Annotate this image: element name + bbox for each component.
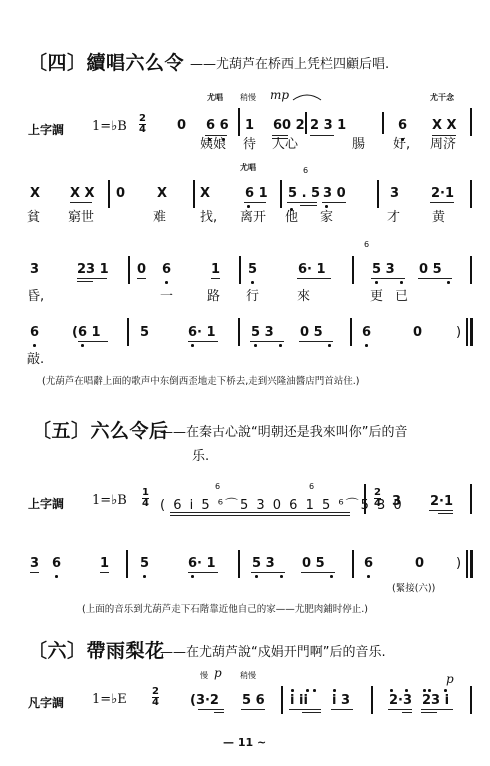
note: 6· 1: [188, 556, 216, 571]
barline: [108, 180, 110, 208]
underline: [438, 513, 453, 514]
section-six-description: ——在尤葫芦說“戍娟开門啊”后的音乐.: [160, 641, 386, 660]
barline: [470, 256, 472, 284]
barline: [238, 550, 240, 578]
underline: [170, 515, 350, 516]
barline: [470, 686, 472, 714]
underline: [251, 572, 285, 573]
note: X X: [70, 186, 95, 201]
underline: [289, 709, 321, 710]
note: 3 0: [323, 186, 346, 201]
lyric: 已: [395, 285, 408, 304]
lyric: 腸: [352, 133, 365, 152]
high-dot: [333, 689, 336, 692]
prelude-notes: ( 6 i 5 ⁶⌒5 3 0 6 1 5 ⁶⌒5 3 0: [160, 494, 404, 513]
barline: [305, 112, 307, 134]
note: 6: [162, 262, 171, 277]
underline: [250, 341, 284, 342]
stage-direction-four: (尤葫芦在唱辭上面的歌声中东倒西歪地走下桥去,走到兴隆油醬店門首站住.): [42, 373, 359, 387]
note: 6: [398, 118, 407, 133]
barline: [128, 256, 130, 284]
low-dot: [165, 281, 168, 284]
underline: [287, 202, 317, 203]
barline: [364, 484, 366, 514]
high-dot: [428, 689, 431, 692]
staff2-time-signature: 1 4: [142, 488, 149, 509]
grace-note: 6: [303, 166, 308, 175]
barline: [371, 686, 373, 714]
note: 23 1: [77, 262, 109, 277]
underline: [402, 712, 412, 713]
slur-icon: [292, 92, 322, 102]
final-barline: [470, 550, 473, 578]
low-dot: [55, 575, 58, 578]
note: 6 1: [245, 186, 268, 201]
note: 23 i: [422, 693, 449, 708]
low-dot: [330, 575, 333, 578]
section-five-number: 〔五〕: [32, 420, 91, 442]
note: i ii: [290, 693, 308, 708]
low-dot: [143, 575, 146, 578]
underline: [137, 278, 146, 279]
underline: [77, 278, 107, 279]
underline: [188, 572, 218, 573]
note: 5 . 5: [288, 186, 320, 201]
lyric: 离开: [240, 206, 266, 225]
low-dot: [255, 575, 258, 578]
note: 60 2: [273, 118, 305, 133]
note: 1: [100, 556, 109, 571]
high-dot: [306, 689, 309, 692]
barline: [470, 484, 472, 514]
note: X: [157, 186, 167, 201]
lyric: 路: [207, 285, 220, 304]
stage-direction-five: (上面的音乐到尤葫芦走下石階靠近他自己的家——尤肥肉鋪时停止.): [82, 601, 368, 615]
staff2-mode: 上字調: [28, 495, 64, 512]
underline: [78, 341, 108, 342]
barline: [193, 180, 195, 208]
barline: [352, 256, 354, 284]
lyric: 姨娘: [200, 133, 226, 152]
note: 6: [362, 325, 371, 340]
close-paren: ): [456, 556, 461, 571]
barline: [377, 180, 379, 208]
underline: [429, 510, 453, 511]
section-four-heading: 〔四〕續唱六么令: [28, 48, 184, 75]
time-bottom: 4: [152, 697, 159, 708]
close-paren: ): [456, 325, 461, 340]
lyric: 家: [320, 206, 333, 225]
section-four-title: 續唱六么令: [87, 52, 185, 74]
underline: [388, 709, 412, 710]
lyric: 行: [246, 285, 259, 304]
underline: [77, 281, 93, 282]
note: 5 6: [242, 693, 265, 708]
dynamic-p: p: [446, 672, 454, 686]
note: 6· 1: [188, 325, 216, 340]
lyric: 人心: [272, 133, 298, 152]
annotation-you-sings: 尤唱: [207, 92, 223, 103]
underline: [430, 202, 454, 203]
high-dot: [405, 689, 408, 692]
note: 0: [177, 118, 186, 133]
staff3-key: 1=♭E: [92, 692, 127, 707]
annotation-slightly-slow: 稍慢: [240, 92, 256, 103]
annotation-you-sings: 尤唱: [240, 162, 256, 173]
grace-note: 6: [309, 482, 314, 491]
note: (6 1: [72, 325, 101, 340]
staff1-time-signature: 2 4: [139, 114, 146, 135]
staff1-key: 1=♭B: [92, 119, 127, 134]
time-top: 2: [152, 687, 159, 697]
underline: [301, 572, 335, 573]
time-top: 2: [139, 114, 146, 124]
lyric: 待: [243, 133, 256, 152]
low-dot: [447, 281, 450, 284]
underline: [421, 709, 453, 710]
staff3-time-signature: 2 4: [152, 687, 159, 708]
note: 6: [30, 325, 39, 340]
lyric: 敲.: [27, 348, 44, 367]
underline: [371, 278, 405, 279]
underline: [198, 709, 224, 710]
note: 6: [52, 556, 61, 571]
lyric: 貧: [27, 206, 40, 225]
note: 6· 1: [298, 262, 326, 277]
time-top: 1: [142, 488, 149, 498]
dynamic-mp: mp: [270, 88, 289, 102]
note: 5 3: [252, 556, 275, 571]
section-four-description: ——尤葫芦在桥西上凭栏四顧后唱.: [190, 53, 389, 72]
note: 0 5: [300, 325, 323, 340]
barline: [238, 318, 240, 346]
note: X X: [432, 118, 457, 133]
low-dot: [279, 344, 282, 347]
barline: [126, 550, 128, 578]
section-four-number: 〔四〕: [28, 52, 87, 74]
note: (3·2: [190, 693, 219, 708]
grace-note: 6: [364, 240, 369, 249]
section-six-heading: 〔六〕帶雨梨花: [28, 636, 165, 663]
annotation-slightly-slow: 稍慢: [240, 670, 256, 681]
lyric: 更: [370, 285, 383, 304]
note: 3: [30, 262, 39, 277]
note: 3: [390, 186, 399, 201]
low-dot: [33, 344, 36, 347]
note: 3: [30, 556, 39, 571]
note: 2·1: [431, 186, 454, 201]
underline: [188, 341, 218, 342]
staff2-key: 1=♭B: [92, 493, 127, 508]
lyric: 窮世: [68, 206, 94, 225]
lyric: 好,: [393, 133, 410, 152]
underline: [70, 202, 92, 203]
staff2-time-signature-change: 2 4: [374, 488, 381, 509]
note: X: [30, 186, 40, 201]
barline: [466, 550, 468, 578]
section-five-description-cont: 乐.: [192, 445, 209, 464]
note: 0: [137, 262, 146, 277]
staff3-mode: 凡字調: [28, 694, 64, 711]
underline: [100, 572, 109, 573]
low-dot: [367, 575, 370, 578]
low-dot: [375, 281, 378, 284]
low-dot: [365, 344, 368, 347]
note: 5: [248, 262, 257, 277]
lyric: 他: [285, 206, 298, 225]
time-bottom: 4: [142, 498, 149, 509]
underline: [297, 278, 331, 279]
section-six-title: 帶雨梨花: [87, 640, 165, 662]
lyric: 难: [153, 206, 166, 225]
note: 5: [140, 325, 149, 340]
note: 0 5: [302, 556, 325, 571]
barline: [466, 318, 468, 346]
barline: [470, 108, 472, 136]
section-five-description: ——在秦古心說“明朝还是我來叫你”后的音: [160, 421, 407, 440]
time-bottom: 4: [139, 124, 146, 135]
underline: [211, 278, 220, 279]
high-dot: [313, 689, 316, 692]
barline: [470, 180, 472, 208]
note: 5: [140, 556, 149, 571]
note: 2 3 1: [310, 118, 346, 133]
lyric: 找,: [200, 206, 217, 225]
note: 6 6: [206, 118, 229, 133]
high-dot: [390, 689, 393, 692]
barline: [281, 686, 283, 714]
low-dot: [280, 575, 283, 578]
low-dot: [191, 344, 194, 347]
low-dot: [81, 344, 84, 347]
low-dot: [251, 281, 254, 284]
barline: [352, 550, 354, 578]
barline: [382, 112, 384, 134]
lyric: 來: [297, 285, 310, 304]
page-number: — 11 ~: [223, 736, 266, 749]
high-dot: [423, 689, 426, 692]
lyric: 周济: [430, 133, 456, 152]
low-dot: [328, 344, 331, 347]
underline: [299, 341, 333, 342]
grace-note: 6: [215, 482, 220, 491]
note: 0: [116, 186, 125, 201]
underline: [244, 202, 266, 203]
note: 0: [415, 556, 424, 571]
final-barline: [470, 318, 473, 346]
annotation-you-speaks: 尤干念: [430, 92, 454, 103]
high-dot: [291, 689, 294, 692]
section-six-number: 〔六〕: [28, 640, 87, 662]
note: 1: [211, 262, 220, 277]
underline: [418, 278, 452, 279]
underline: [310, 135, 334, 136]
staff1-mode: 上字調: [28, 121, 64, 138]
underline: [322, 202, 346, 203]
barline: [350, 318, 352, 346]
low-dot: [191, 575, 194, 578]
lyric: 一: [160, 285, 173, 304]
note: 0: [413, 325, 422, 340]
note: 3: [392, 494, 401, 509]
time-bottom: 4: [374, 498, 381, 509]
time-top: 2: [374, 488, 381, 498]
note: 0 5: [419, 262, 442, 277]
high-dot: [444, 689, 447, 692]
barline: [127, 318, 129, 346]
note: X: [200, 186, 210, 201]
underline: [241, 709, 265, 710]
barline: [239, 256, 241, 284]
segue-note: (緊接(六)): [392, 580, 435, 594]
underline: [170, 512, 350, 513]
note: 5 3: [251, 325, 274, 340]
note: 5 3: [372, 262, 395, 277]
annotation-slow: 慢: [200, 670, 208, 681]
underline: [30, 572, 39, 573]
underline: [300, 205, 317, 206]
note: i 3: [332, 693, 350, 708]
dynamic-p: p: [214, 666, 222, 680]
barline: [238, 108, 240, 136]
low-dot: [254, 344, 257, 347]
underline: [421, 712, 437, 713]
lyric: 昏,: [27, 285, 44, 304]
section-five-title: 六么令后: [91, 420, 169, 442]
note: 2·1: [430, 494, 453, 509]
section-five-heading: 〔五〕六么令后: [32, 416, 169, 443]
note: 1: [245, 118, 254, 133]
underline: [214, 712, 224, 713]
lyric: 黄: [432, 206, 445, 225]
lyric: 才: [387, 206, 400, 225]
underline: [302, 712, 321, 713]
note: 6: [364, 556, 373, 571]
barline: [280, 180, 282, 208]
low-dot: [400, 281, 403, 284]
note: 2·3: [389, 693, 412, 708]
underline: [331, 709, 353, 710]
